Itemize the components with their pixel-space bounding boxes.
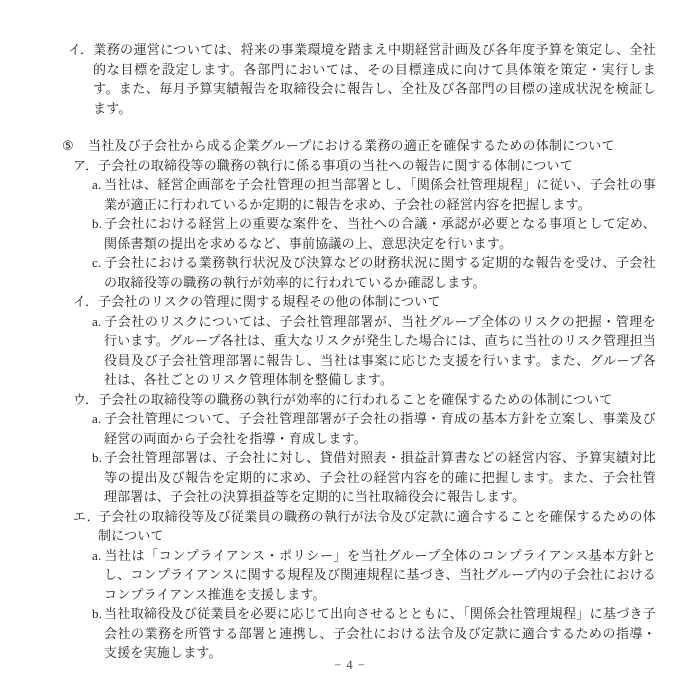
list-marker: b. <box>92 214 104 234</box>
subheading-i: イ．子会社のリスクの管理に関する規程その他の体制について <box>98 292 656 312</box>
item-c: c.子会社における業務執行状況及び決算などの財務状況に関する定期的な報告を受け、… <box>104 253 656 292</box>
list-marker: a. <box>92 546 104 566</box>
subheading-u: ウ．子会社の取締役等の職務の執行が効率的に行われることを確保するための体制につい… <box>98 390 656 410</box>
item-text: 当社は、経営企画部を子会社管理の担当部署とし、「関係会社管理規程」に従い、子会社… <box>104 177 656 212</box>
list-marker: a. <box>92 175 104 195</box>
item-text: 当社取締役及び従業員を必要に応じて出向させるとともに、「関係会社管理規程」に基づ… <box>104 606 656 660</box>
item-text: 子会社のリスクについては、子会社管理部署が、当社グループ全体のリスクの把握・管理… <box>104 314 656 388</box>
subheading-text: 子会社の取締役等の職務の執行が効率的に行われることを確保するための体制について <box>98 392 613 407</box>
list-marker: イ． <box>68 40 93 60</box>
list-marker: エ． <box>73 507 98 527</box>
section-5-heading: ⑤当社及び子会社から成る企業グループにおける業務の適正を確保するための体制につい… <box>88 136 656 156</box>
subheading-text: 子会社のリスクの管理に関する規程その他の体制について <box>98 294 441 309</box>
item-a: a.子会社管理について、子会社管理部署が子会社の指導・育成の基本方針を立案し、事… <box>104 409 656 448</box>
list-marker: ウ． <box>73 390 98 410</box>
list-marker: a. <box>92 312 104 332</box>
item-text: 子会社における経営上の重要な案件を、当社への合議・承認が必要となる事項として定め… <box>104 216 656 251</box>
item-text: 子会社における業務執行状況及び決算などの財務状況に関する定期的な報告を受け、子会… <box>104 255 656 290</box>
section-number: ⑤ <box>62 136 88 156</box>
document-page: イ．業務の運営については、将来の事業環境を踏まえ中期経営計画及び各年度予算を策定… <box>0 0 700 700</box>
item-a: a.子会社のリスクについては、子会社管理部署が、当社グループ全体のリスクの把握・… <box>104 312 656 390</box>
list-marker: c. <box>92 253 104 273</box>
paragraph-operations: イ．業務の運営については、将来の事業環境を踏まえ中期経営計画及び各年度予算を策定… <box>93 40 656 118</box>
item-b: b.子会社管理部署は、子会社に対し、貸借対照表・損益計算書などの経営内容、予算実… <box>104 448 656 507</box>
list-marker: b. <box>92 604 104 624</box>
list-marker: b. <box>92 448 104 468</box>
list-marker: ア． <box>73 156 98 176</box>
list-marker: a. <box>92 409 104 429</box>
item-text: 子会社管理部署は、子会社に対し、貸借対照表・損益計算書などの経営内容、予算実績対… <box>104 450 656 504</box>
subheading-a: ア．子会社の取締役等の職務の執行に係る事項の当社への報告に関する体制について <box>98 156 656 176</box>
subheading-text: 子会社の取締役等及び従業員の職務の執行が法令及び定款に適合することを確保するため… <box>98 509 656 544</box>
paragraph-text: 業務の運営については、将来の事業環境を踏まえ中期経営計画及び各年度予算を策定し、… <box>93 42 656 116</box>
list-marker: イ． <box>73 292 98 312</box>
item-text: 当社は「コンプライアンス・ポリシー」を当社グループ全体のコンプライアンス基本方針… <box>104 548 656 602</box>
subheading-e: エ．子会社の取締役等及び従業員の職務の執行が法令及び定款に適合することを確保する… <box>98 507 656 546</box>
page-number: − 4 − <box>0 656 700 676</box>
section-title: 当社及び子会社から成る企業グループにおける業務の適正を確保するための体制について <box>88 138 615 153</box>
item-a: a.当社は「コンプライアンス・ポリシー」を当社グループ全体のコンプライアンス基本… <box>104 546 656 605</box>
item-text: 子会社管理について、子会社管理部署が子会社の指導・育成の基本方針を立案し、事業及… <box>104 411 656 446</box>
item-b: b.子会社における経営上の重要な案件を、当社への合議・承認が必要となる事項として… <box>104 214 656 253</box>
subheading-text: 子会社の取締役等の職務の執行に係る事項の当社への報告に関する体制について <box>98 158 573 173</box>
item-a: a.当社は、経営企画部を子会社管理の担当部署とし、「関係会社管理規程」に従い、子… <box>104 175 656 214</box>
item-b: b.当社取締役及び従業員を必要に応じて出向させるとともに、「関係会社管理規程」に… <box>104 604 656 663</box>
